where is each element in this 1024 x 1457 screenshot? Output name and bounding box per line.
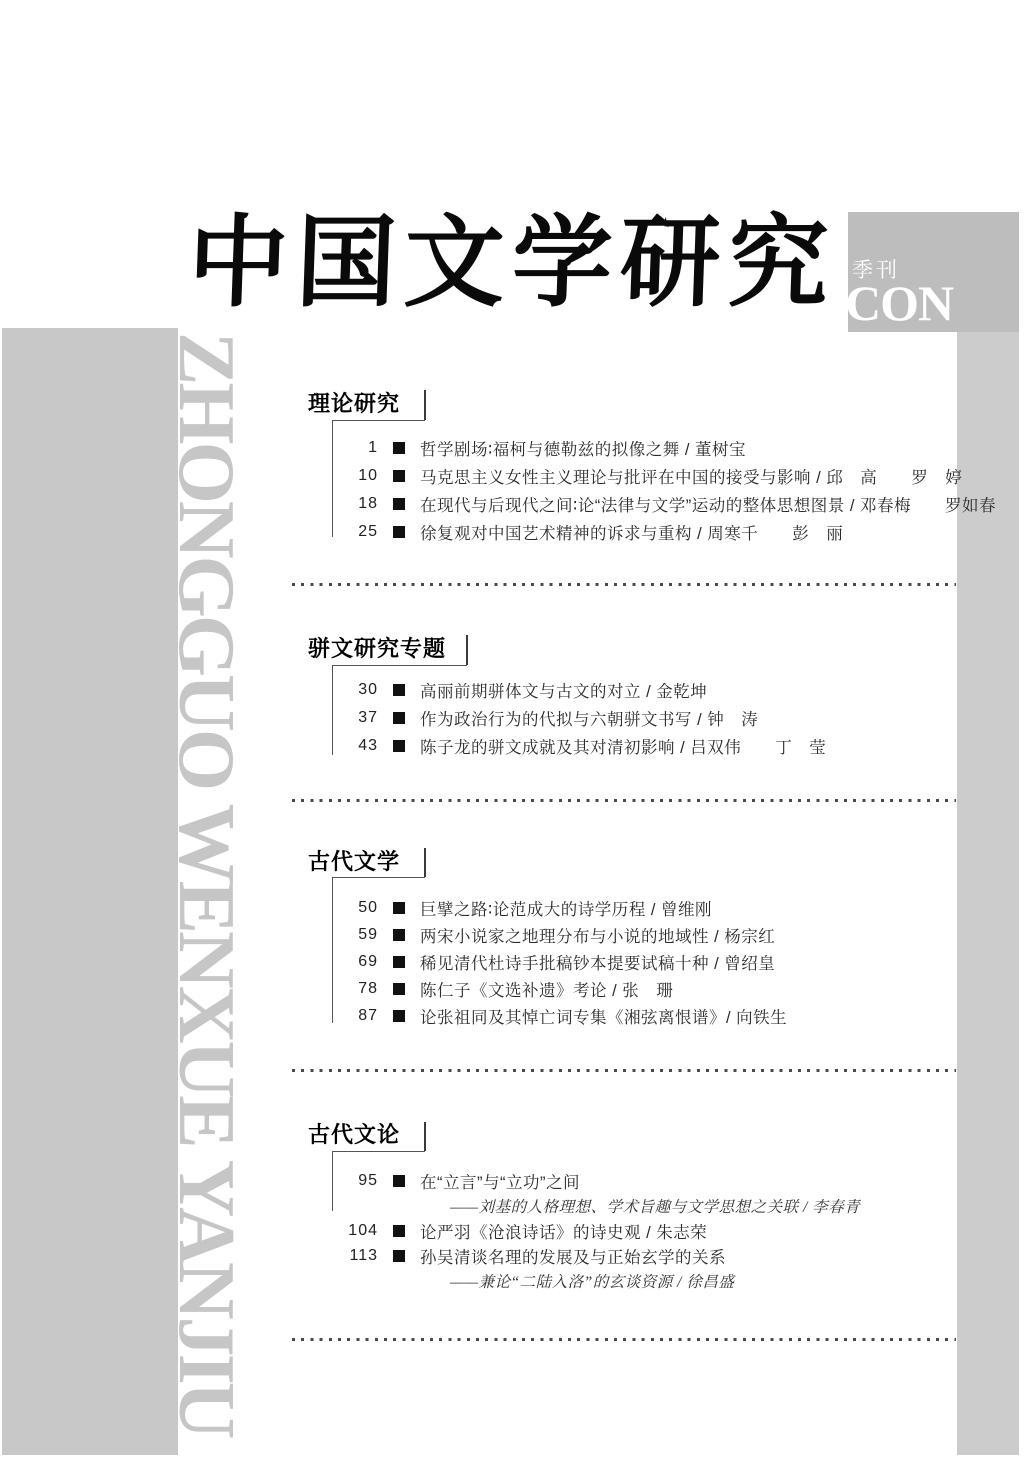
entry-title: 论张祖同及其悼亡词专集《湘弦离恨谱》/ 向铁生 (420, 1004, 787, 1028)
page-number: 10 (320, 467, 378, 485)
entry-title: 高丽前期骈体文与古文的对立 / 金乾坤 (420, 678, 707, 702)
sidebar-panel (2, 328, 178, 1455)
square-bullet-icon (393, 442, 405, 454)
square-bullet-icon (393, 983, 405, 995)
toc-entry-row: 69稀见清代杜诗手批稿钞本提要试稿十种 / 曾绍皇 (320, 948, 980, 975)
toc-entries-theory: 1哲学剧场∶福柯与德勒兹的拟像之舞 / 董树宝10马克思主义女性主义理论与批评在… (320, 434, 980, 546)
section-title-ancient-literature: 古代文学 (308, 849, 400, 875)
page-number: 87 (320, 1007, 378, 1025)
section-title-ancient-theory: 古代文论 (308, 1122, 400, 1148)
toc-entry-subtitle-row: ——兼论“二陆入洛”的玄谈资源 / 徐昌盛 (320, 1268, 980, 1293)
toc-entry-row: 104论严羽《沧浪诗话》的诗史观 / 朱志荣 (320, 1218, 980, 1243)
dotted-separator (292, 1069, 956, 1072)
section-tick-line (466, 635, 468, 665)
section-tick-line (424, 848, 426, 877)
entry-title: 马克思主义女性主义理论与批评在中国的接受与影响 / 邱 高 罗 婷 (420, 464, 962, 488)
toc-entry-row: 59两宋小说家之地理分布与小说的地域性 / 杨宗红 (320, 921, 980, 948)
dotted-separator (292, 583, 956, 586)
page-number: 59 (320, 926, 378, 944)
section-tick-line (424, 1122, 426, 1151)
square-bullet-icon (393, 684, 405, 696)
entry-title: 孙吴清谈名理的发展及与正始玄学的关系 (420, 1244, 726, 1268)
entry-title: 两宋小说家之地理分布与小说的地域性 / 杨宗红 (420, 923, 775, 947)
entry-title: 陈子龙的骈文成就及其对清初影响 / 吕双伟 丁 莹 (420, 734, 826, 758)
entry-title: 作为政治行为的代拟与六朝骈文书写 / 钟 涛 (420, 706, 758, 730)
page-number: 95 (320, 1172, 378, 1190)
entry-title: 巨擘之路∶论范成大的诗学历程 / 曾维刚 (420, 896, 712, 920)
entry-title: 在现代与后现代之间∶论“法律与文学”运动的整体思想图景 / 邓春梅 罗如春 (420, 492, 996, 516)
toc-entries-ancient-theory: 95在“立言”与“立功”之间——刘基的人格理想、学术旨趣与文学思想之关联 / 李… (320, 1168, 980, 1293)
contents-box: 季刊 CON (848, 212, 1019, 332)
journal-contents-page: ZHONGGUO WENXUE YANJIU 中国文学研究 季刊 CON 理论研… (0, 0, 1024, 1457)
page-number: 104 (320, 1222, 378, 1240)
square-bullet-icon (393, 902, 405, 914)
toc-entry-row: 1哲学剧场∶福柯与德勒兹的拟像之舞 / 董树宝 (320, 434, 980, 462)
toc-entry-row: 50巨擘之路∶论范成大的诗学历程 / 曾维刚 (320, 894, 980, 921)
page-number: 78 (320, 980, 378, 998)
page-number: 43 (320, 737, 378, 755)
journal-spine-text: ZHONGGUO WENXUE YANJIU (174, 332, 238, 1432)
toc-entry-row: 25徐复观对中国艺术精神的诉求与重构 / 周寒千 彭 丽 (320, 518, 980, 546)
page-number: 69 (320, 953, 378, 971)
page-number: 1 (320, 439, 378, 457)
page-number: 50 (320, 899, 378, 917)
square-bullet-icon (393, 956, 405, 968)
toc-entries-pianwen: 30高丽前期骈体文与古文的对立 / 金乾坤37作为政治行为的代拟与六朝骈文书写 … (320, 676, 980, 760)
entry-title: 论严羽《沧浪诗话》的诗史观 / 朱志荣 (420, 1219, 707, 1243)
section-tick-line (424, 390, 426, 420)
toc-entry-row: 113孙吴清谈名理的发展及与正始玄学的关系 (320, 1243, 980, 1268)
toc-entry-row: 37作为政治行为的代拟与六朝骈文书写 / 钟 涛 (320, 704, 980, 732)
toc-entry-row: 95在“立言”与“立功”之间 (320, 1168, 980, 1193)
square-bullet-icon (393, 1250, 405, 1262)
square-bullet-icon (393, 1010, 405, 1022)
entry-title: 在“立言”与“立功”之间 (420, 1169, 580, 1193)
entry-subtitle: ——刘基的人格理想、学术旨趣与文学思想之关联 / 李春青 (450, 1195, 860, 1217)
square-bullet-icon (393, 526, 405, 538)
entry-title: 哲学剧场∶福柯与德勒兹的拟像之舞 / 董树宝 (420, 436, 746, 460)
page-number: 30 (320, 681, 378, 699)
toc-entry-row: 43陈子龙的骈文成就及其对清初影响 / 吕双伟 丁 莹 (320, 732, 980, 760)
toc-entry-row: 18在现代与后现代之间∶论“法律与文学”运动的整体思想图景 / 邓春梅 罗如春 (320, 490, 980, 518)
entry-title: 稀见清代杜诗手批稿钞本提要试稿十种 / 曾绍皇 (420, 950, 775, 974)
journal-title-calligraphy: 中国文学研究 (186, 198, 851, 338)
toc-entry-row: 30高丽前期骈体文与古文的对立 / 金乾坤 (320, 676, 980, 704)
page-number: 113 (320, 1247, 378, 1265)
page-number: 18 (320, 495, 378, 513)
toc-entry-row: 10马克思主义女性主义理论与批评在中国的接受与影响 / 邱 高 罗 婷 (320, 462, 980, 490)
square-bullet-icon (393, 1225, 405, 1237)
square-bullet-icon (393, 712, 405, 724)
toc-entries-ancient-literature: 50巨擘之路∶论范成大的诗学历程 / 曾维刚59两宋小说家之地理分布与小说的地域… (320, 894, 980, 1029)
entry-title: 徐复观对中国艺术精神的诉求与重构 / 周寒千 彭 丽 (420, 520, 843, 544)
square-bullet-icon (393, 1175, 405, 1187)
toc-entry-row: 78陈仁子《文选补遗》考论 / 张 珊 (320, 975, 980, 1002)
toc-entry-row: 87论张祖同及其悼亡词专集《湘弦离恨谱》/ 向铁生 (320, 1002, 980, 1029)
section-title-pianwen: 骈文研究专题 (308, 636, 446, 662)
square-bullet-icon (393, 498, 405, 510)
entry-subtitle: ——兼论“二陆入洛”的玄谈资源 / 徐昌盛 (450, 1270, 734, 1292)
page-number: 25 (320, 523, 378, 541)
square-bullet-icon (393, 740, 405, 752)
toc-entry-subtitle-row: ——刘基的人格理想、学术旨趣与文学思想之关联 / 李春青 (320, 1193, 980, 1218)
square-bullet-icon (393, 470, 405, 482)
page-number: 37 (320, 709, 378, 727)
square-bullet-icon (393, 929, 405, 941)
entry-title: 陈仁子《文选补遗》考论 / 张 珊 (420, 977, 673, 1001)
dotted-separator (292, 799, 956, 802)
section-title-theory: 理论研究 (308, 391, 400, 417)
contents-label: CON (845, 278, 953, 328)
dotted-separator (292, 1338, 956, 1341)
